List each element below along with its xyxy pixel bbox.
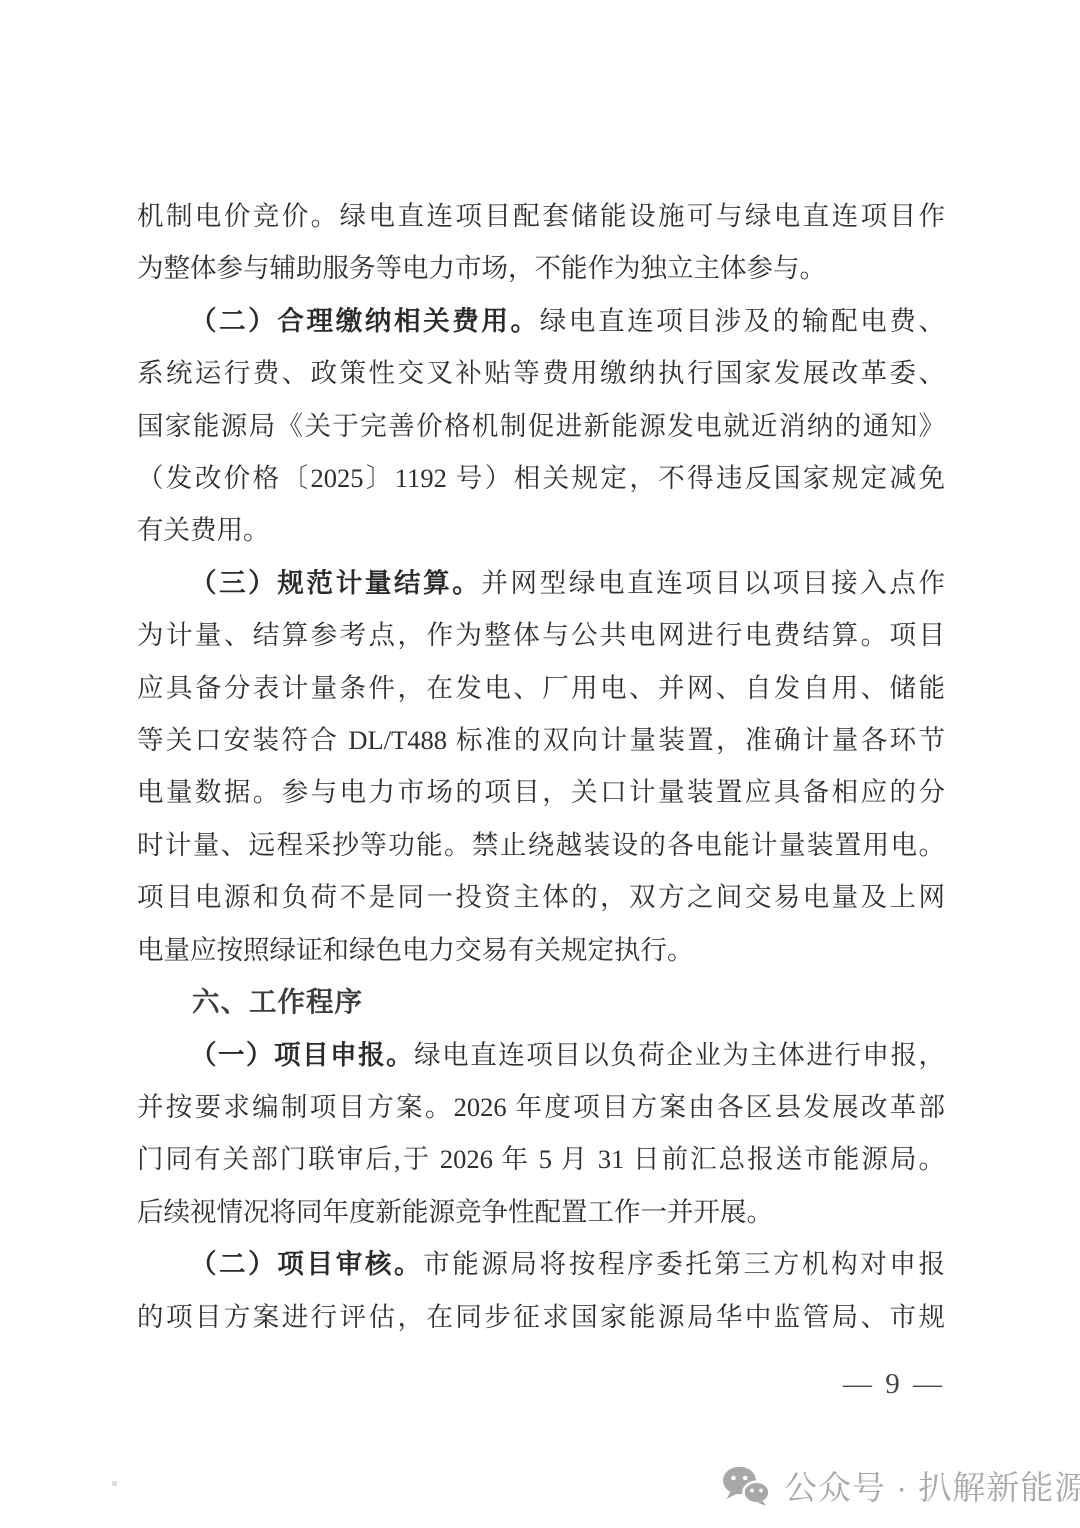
scan-artifact-dot	[112, 1481, 117, 1486]
document-text: 机制电价竞价。绿电直连项目配套储能设施可与绿电直连项目作为整体参与辅助服务等电力…	[137, 190, 945, 1343]
document-line: 时计量、远程采抄等功能。禁止绕越装设的各电能计量装置用电。	[137, 819, 945, 871]
document-line: 等关口安装符合 DL/T488 标准的双向计量装置，准确计量各环节	[137, 714, 945, 766]
document-line: （发改价格〔2025〕1192 号）相关规定，不得违反国家规定减免	[137, 452, 945, 504]
document-line: 门同有关部门联审后,于 2026 年 5 月 31 日前汇总报送市能源局。	[137, 1133, 945, 1185]
document-line: 有关费用。	[137, 504, 945, 556]
paragraph-text: 门同有关部门联审后,于 2026 年 5 月 31 日前汇总报送市能源局。	[137, 1144, 945, 1174]
document-line: 电量应按照绿证和绿色电力交易有关规定执行。	[137, 924, 945, 976]
paragraph-text: 为整体参与辅助服务等电力市场，不能作为独立主体参与。	[137, 253, 826, 283]
paragraph-text: 并网型绿电直连项目以项目接入点作	[481, 568, 945, 598]
paragraph-lead-text: （二）合理缴纳相关费用。	[190, 306, 540, 336]
paragraph-text: 绿电直连项目涉及的输配电费、	[540, 306, 945, 336]
document-line: 并按要求编制项目方案。2026 年度项目方案由各区县发展改革部	[137, 1081, 945, 1133]
document-line: 为整体参与辅助服务等电力市场，不能作为独立主体参与。	[137, 242, 945, 294]
paragraph-lead-text: （一）项目申报。	[190, 1040, 414, 1070]
page-number: — 9 —	[0, 1368, 945, 1401]
document-line: 电量数据。参与电力市场的项目，关口计量装置应具备相应的分	[137, 766, 945, 818]
document-line: （二）项目审核。市能源局将按程序委托第三方机构对申报	[137, 1238, 945, 1290]
document-line: （三）规范计量结算。并网型绿电直连项目以项目接入点作	[137, 557, 945, 609]
paragraph-text: （发改价格〔2025〕1192 号）相关规定，不得违反国家规定减免	[137, 463, 945, 493]
document-line: （一）项目申报。绿电直连项目以负荷企业为主体进行申报，	[137, 1029, 945, 1081]
paragraph-text: 市能源局将按程序委托第三方机构对申报	[423, 1249, 945, 1279]
paragraph-text: 等关口安装符合 DL/T488 标准的双向计量装置，准确计量各环节	[137, 725, 945, 755]
document-page: { "page": { "number": "— 9 —", "backgrou…	[0, 0, 1080, 1528]
paragraph-lead-text: （三）规范计量结算。	[190, 568, 481, 598]
paragraph-text: 为计量、结算参考点，作为整体与公共电网进行电费结算。项目	[137, 620, 945, 650]
document-line: 项目电源和负荷不是同一投资主体的，双方之间交易电量及上网	[137, 871, 945, 923]
paragraph-lead-text: （二）项目审核。	[190, 1249, 423, 1279]
document-line: 国家能源局《关于完善价格机制促进新能源发电就近消纳的通知》	[137, 400, 945, 452]
paragraph-text: 项目电源和负荷不是同一投资主体的，双方之间交易电量及上网	[137, 882, 945, 912]
paragraph-text: 绿电直连项目以负荷企业为主体进行申报，	[414, 1040, 945, 1070]
watermark: 公众号 · 扒解新能源	[722, 1462, 1080, 1509]
paragraph-text: 时计量、远程采抄等功能。禁止绕越装设的各电能计量装置用电。	[137, 830, 945, 860]
paragraph-text: 的项目方案进行评估，在同步征求国家能源局华中监管局、市规	[137, 1302, 945, 1332]
watermark-label: 公众号 · 扒解新能源	[784, 1462, 1080, 1509]
paragraph-text: 应具备分表计量条件，在发电、厂用电、并网、自发自用、储能	[137, 673, 945, 703]
document-line: 的项目方案进行评估，在同步征求国家能源局华中监管局、市规	[137, 1291, 945, 1343]
paragraph-text: 机制电价竞价。绿电直连项目配套储能设施可与绿电直连项目作	[137, 201, 945, 231]
paragraph-text: 六、工作程序	[192, 986, 363, 1017]
document-line: 应具备分表计量条件，在发电、厂用电、并网、自发自用、储能	[137, 662, 945, 714]
document-line: 为计量、结算参考点，作为整体与公共电网进行电费结算。项目	[137, 609, 945, 661]
paragraph-text: 系统运行费、政策性交叉补贴等费用缴纳执行国家发展改革委、	[137, 358, 945, 388]
paragraph-text: 后续视情况将同年度新能源竞争性配置工作一并开展。	[137, 1197, 773, 1227]
paragraph-text: 有关费用。	[137, 515, 270, 545]
document-line: 系统运行费、政策性交叉补贴等费用缴纳执行国家发展改革委、	[137, 347, 945, 399]
paragraph-text: 电量数据。参与电力市场的项目，关口计量装置应具备相应的分	[137, 777, 945, 807]
section-heading: 六、工作程序	[137, 976, 945, 1028]
document-line: 机制电价竞价。绿电直连项目配套储能设施可与绿电直连项目作	[137, 190, 945, 242]
wechat-icon	[722, 1466, 770, 1506]
paragraph-text: 电量应按照绿证和绿色电力交易有关规定执行。	[137, 935, 694, 965]
paragraph-text: 国家能源局《关于完善价格机制促进新能源发电就近消纳的通知》	[137, 411, 945, 441]
document-line: 后续视情况将同年度新能源竞争性配置工作一并开展。	[137, 1186, 945, 1238]
paragraph-text: 并按要求编制项目方案。2026 年度项目方案由各区县发展改革部	[137, 1092, 945, 1122]
document-line: （二）合理缴纳相关费用。绿电直连项目涉及的输配电费、	[137, 295, 945, 347]
